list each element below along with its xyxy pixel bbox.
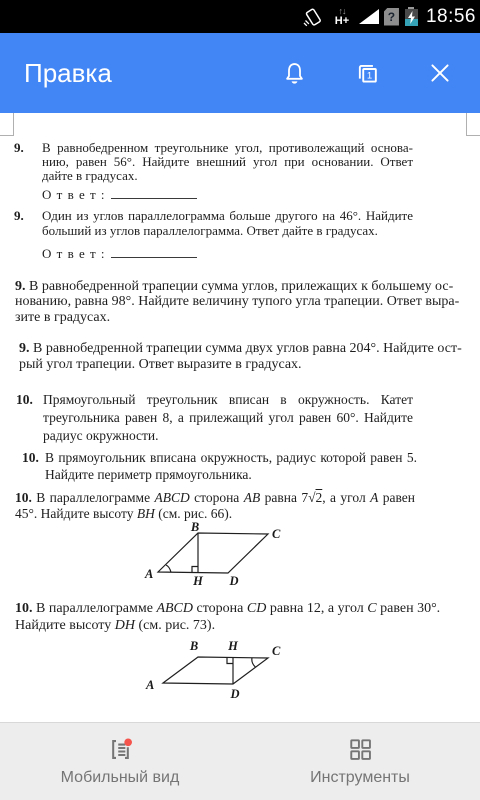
vertex-label-b: B (190, 521, 199, 534)
problem-number: 9. (14, 141, 24, 155)
answer-label: О т в е т : (42, 187, 106, 202)
problem-text-line: 9. В равнобедренной трапеции сумма двух … (19, 341, 419, 357)
right-angle-mark (227, 658, 233, 664)
tools-button[interactable]: Инструменты (240, 723, 480, 800)
answer-label: О т в е т : (42, 246, 106, 261)
answer-blank-line (111, 187, 197, 199)
problem-number: 10. (16, 391, 33, 409)
bottom-toolbar: Мобильный вид Инструменты (0, 722, 480, 800)
page-corner-left (0, 113, 14, 136)
vibrate-icon (301, 5, 325, 29)
app-header: Правка 1 (0, 33, 480, 113)
problem-text-line: В прямоугольник вписана окружность, ради… (45, 449, 417, 466)
angle-arc-c (252, 658, 256, 668)
answer-row: О т в е т : (42, 246, 413, 262)
tools-label: Инструменты (310, 769, 410, 787)
answer-blank-line (111, 246, 197, 258)
status-bar: ↑↓ H+ ? 18:56 (0, 0, 480, 33)
sim-question-label: ? (388, 10, 395, 24)
signal-strength-icon (359, 9, 379, 24)
problem-text-line: треугольника равен 8, а прилежащий угол … (43, 409, 413, 427)
problem-text-line: Прямоугольный треугольник вписан в окруж… (43, 391, 413, 409)
parallelogram-outline (158, 533, 268, 573)
mobile-view-icon (107, 736, 134, 763)
problem-text: В прямоугольник вписана окружность, ради… (45, 449, 417, 483)
problem-text-line: 10. В параллелограмме ABCD сторона CD ра… (15, 601, 417, 618)
vertex-label-c: C (272, 644, 281, 658)
notification-badge (124, 738, 132, 746)
problem-text-line: дайте в градусах. (42, 169, 413, 183)
problem-9-trapezoid-204: 9. В равнобедренной трапеции сумма двух … (19, 341, 419, 372)
problem-9-parallelogram-angles: 9.Один из углов параллелограмма больше д… (14, 209, 413, 262)
header-actions: 1 (281, 60, 453, 87)
vertex-label-c: C (272, 527, 281, 541)
vertex-label-a: A (144, 567, 153, 581)
vertex-label-h: H (192, 574, 204, 588)
vertex-label-h: H (227, 640, 239, 653)
sim-question-icon: ? (384, 8, 399, 26)
vertex-label-a: A (145, 678, 154, 692)
vertex-label-d: D (228, 574, 238, 588)
mobile-data-icon: ↑↓ H+ (330, 7, 354, 27)
network-type-label: H+ (335, 16, 349, 27)
problem-9-isosceles-triangle: 9.В равнобедренном треугольнике угол, пр… (14, 141, 413, 202)
page-title: Правка (24, 58, 281, 89)
problem-number: 9. (14, 209, 24, 224)
problem-number: 10. (22, 449, 39, 466)
problem-10-inscribed-circle: 10.В прямоугольник вписана окружность, р… (22, 449, 417, 483)
problem-text-line: нию, равен 56°. Найдите внешний угол при… (42, 155, 413, 169)
close-icon[interactable] (427, 60, 453, 86)
problem-10-parallelogram-dh: 10. В параллелограмме ABCD сторона CD ра… (15, 601, 417, 634)
problem-text-line: нованию, равна 98°. Найдите величину туп… (15, 294, 415, 309)
problem-text-line: 10. В параллелограмме ABCD сторона AB ра… (15, 490, 415, 506)
tab-switcher-icon[interactable]: 1 (354, 60, 381, 87)
right-angle-mark (192, 567, 198, 573)
problem-text-line: больший из углов параллелограмма. Ответ … (42, 224, 413, 239)
page-corner-right (466, 113, 480, 136)
battery-charging-icon (405, 7, 418, 26)
problem-text-line: рый угол трапеции. Ответ выразите в град… (19, 357, 419, 373)
problem-10-parallelogram-bh: 10. В параллелограмме ABCD сторона AB ра… (15, 490, 415, 522)
problem-text-line: Один из углов параллелограмма больше дру… (42, 209, 413, 224)
problem-text-line: зите в градусах. (15, 310, 415, 325)
problem-text-line: Найдите высоту DH (см. рис. 73). (15, 618, 417, 635)
answer-row: О т в е т : (42, 187, 413, 202)
problem-text-line: В равнобедренном треугольнике угол, прот… (42, 141, 413, 155)
vertex-label-b: B (189, 640, 198, 653)
tools-icon (347, 736, 374, 763)
problem-text: В равнобедренном треугольнике угол, прот… (42, 141, 413, 202)
problem-text-line: радиус окружности. (43, 427, 413, 445)
problem-text-line: 45°. Найдите высоту BH (см. рис. 66). (15, 506, 415, 522)
figure-73-diagram: A B C D H (140, 640, 325, 703)
problem-text: Один из углов параллелограмма больше дру… (42, 209, 413, 262)
bell-icon[interactable] (281, 60, 308, 87)
angle-arc-a (166, 565, 171, 572)
problem-text: 9. В равнобедренной трапеции сумма двух … (19, 341, 419, 372)
figure-66-diagram: A B C D H (140, 521, 325, 596)
document-page[interactable]: 9.В равнобедренном треугольнике угол, пр… (0, 113, 480, 722)
problem-text-line: Найдите периметр прямоугольника. (45, 466, 417, 483)
vertex-label-d: D (229, 687, 239, 701)
problem-text: Прямоугольный треугольник вписан в окруж… (43, 391, 413, 445)
mobile-view-label: Мобильный вид (61, 769, 180, 787)
problem-text-line: 9. В равнобедренной трапеции сумма углов… (15, 279, 415, 294)
status-time: 18:56 (426, 6, 476, 28)
problem-text: 10. В параллелограмме ABCD сторона AB ра… (15, 490, 415, 522)
problem-10-circle-triangle: 10.Прямоугольный треугольник вписан в ок… (16, 391, 413, 445)
problem-text: 10. В параллелограмме ABCD сторона CD ра… (15, 601, 417, 634)
problem-9-trapezoid-98: 9. В равнобедренной трапеции сумма углов… (15, 279, 415, 325)
mobile-view-button[interactable]: Мобильный вид (0, 723, 240, 800)
tab-count: 1 (367, 70, 372, 81)
problem-text: 9. В равнобедренной трапеции сумма углов… (15, 279, 415, 325)
